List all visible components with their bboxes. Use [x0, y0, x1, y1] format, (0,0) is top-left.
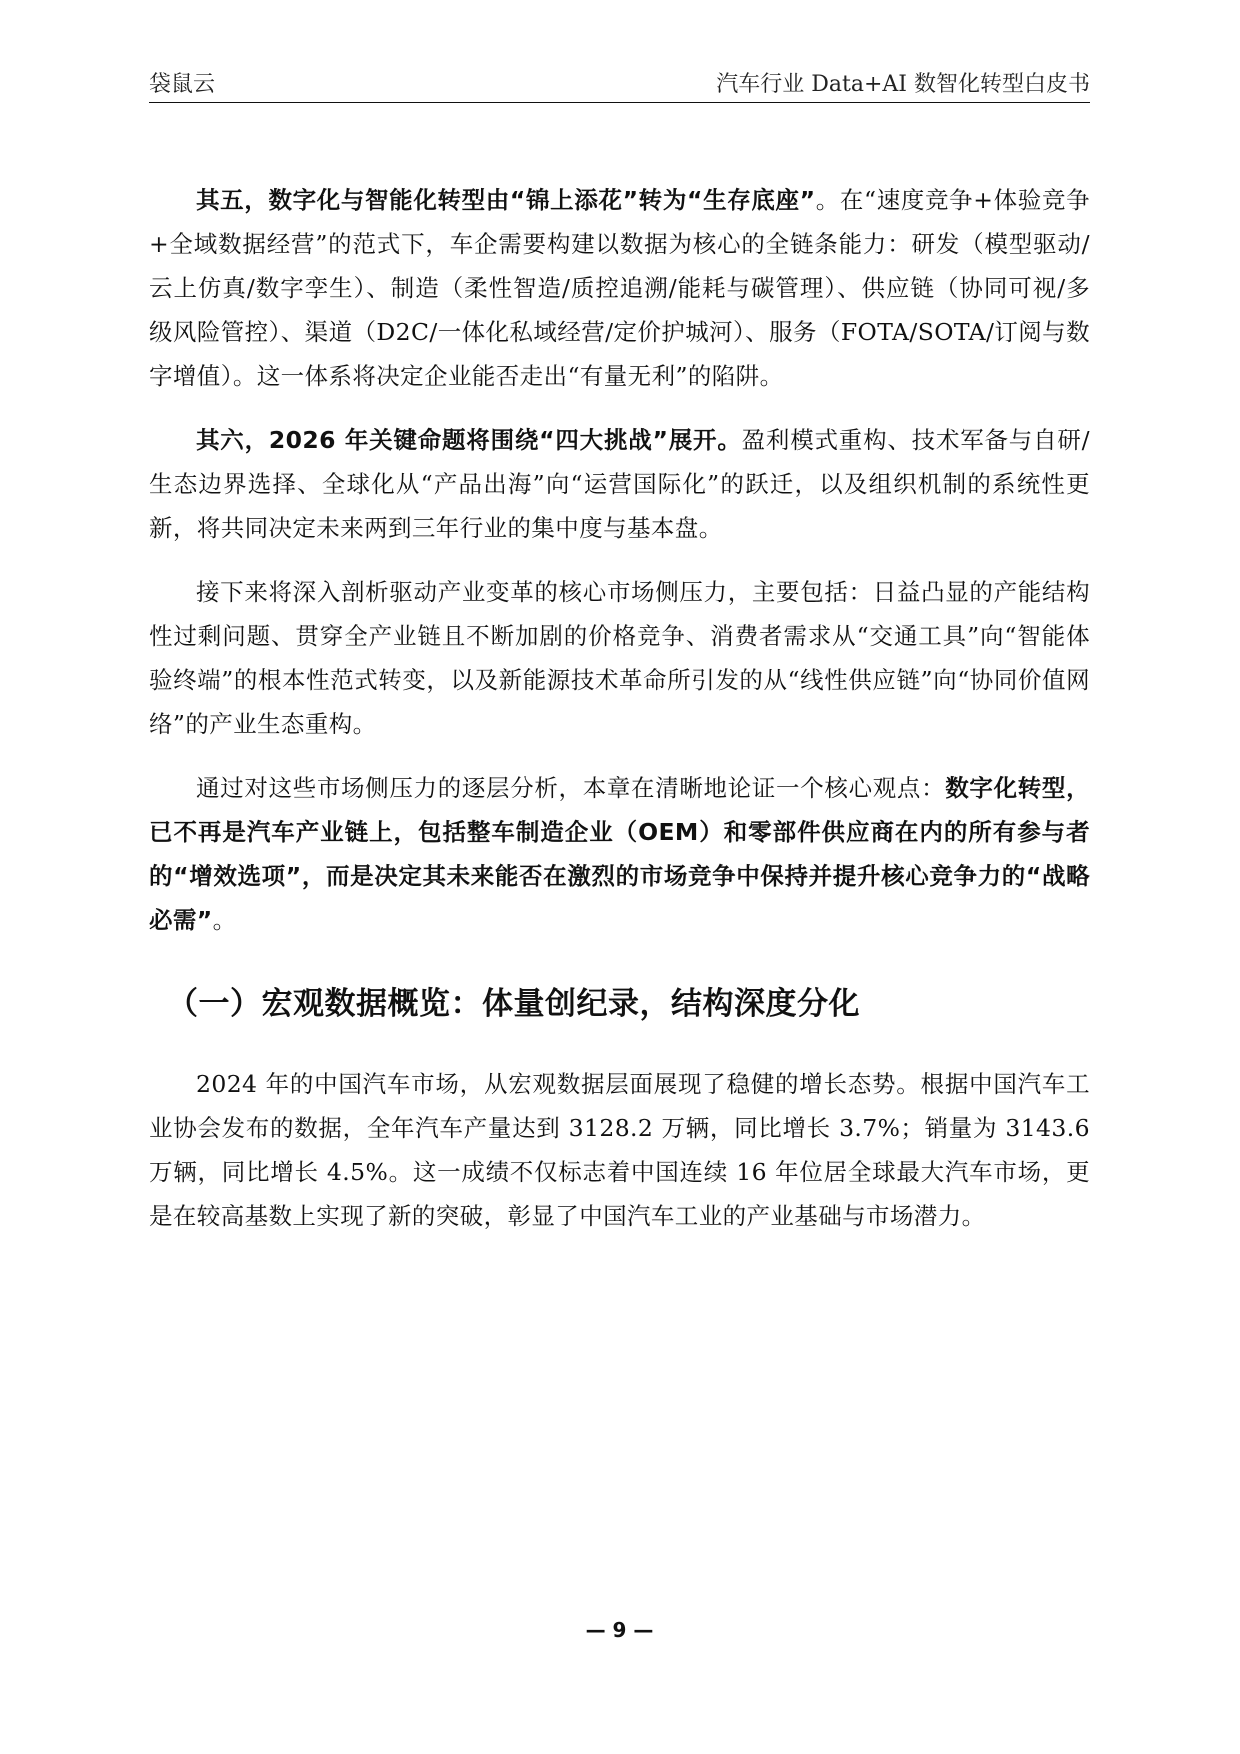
- paragraph-text: 接下来将深入剖析驱动产业变革的核心市场侧压力，主要包括：日益凸显的产能结构性过剩…: [149, 578, 1090, 738]
- paragraph-tail: 。: [213, 906, 237, 934]
- paragraph-point-five: 其五，数字化与智能化转型由“锦上添花”转为“生存底座”。在“速度竞争+体验竞争+…: [149, 178, 1090, 398]
- header-document-title: 汽车行业 Data+AI 数智化转型白皮书: [716, 72, 1090, 98]
- page-body: 其五，数字化与智能化转型由“锦上添花”转为“生存底座”。在“速度竞争+体验竞争+…: [149, 178, 1090, 1238]
- paragraph-bold-lead: 其五，数字化与智能化转型由“锦上添花”转为“生存底座”: [196, 186, 816, 214]
- document-page: 袋鼠云 汽车行业 Data+AI 数智化转型白皮书 其五，数字化与智能化转型由“…: [149, 0, 1090, 1754]
- paragraph-text: 通过对这些市场侧压力的逐层分析，本章在清晰地论证一个核心观点：: [196, 774, 945, 802]
- paragraph-macro-data: 2024 年的中国汽车市场，从宏观数据层面展现了稳健的增长态势。根据中国汽车工业…: [149, 1062, 1090, 1238]
- page-number: — 9 —: [149, 1618, 1090, 1642]
- page-header: 袋鼠云 汽车行业 Data+AI 数智化转型白皮书: [149, 72, 1090, 103]
- paragraph-text: 2024 年的中国汽车市场，从宏观数据层面展现了稳健的增长态势。根据中国汽车工业…: [149, 1070, 1090, 1230]
- section-heading: （一）宏观数据概览：体量创纪录，结构深度分化: [167, 982, 1090, 1026]
- paragraph-bold-lead: 其六，2026 年关键命题将围绕“四大挑战”展开。: [196, 426, 742, 454]
- paragraph-market-pressures: 接下来将深入剖析驱动产业变革的核心市场侧压力，主要包括：日益凸显的产能结构性过剩…: [149, 570, 1090, 746]
- paragraph-point-six: 其六，2026 年关键命题将围绕“四大挑战”展开。盈利模式重构、技术军备与自研/…: [149, 418, 1090, 550]
- paragraph-text: 。在“速度竞争+体验竞争+全域数据经营”的范式下，车企需要构建以数据为核心的全链…: [149, 186, 1090, 390]
- paragraph-core-argument: 通过对这些市场侧压力的逐层分析，本章在清晰地论证一个核心观点：数字化转型，已不再…: [149, 766, 1090, 942]
- header-brand: 袋鼠云: [149, 72, 215, 98]
